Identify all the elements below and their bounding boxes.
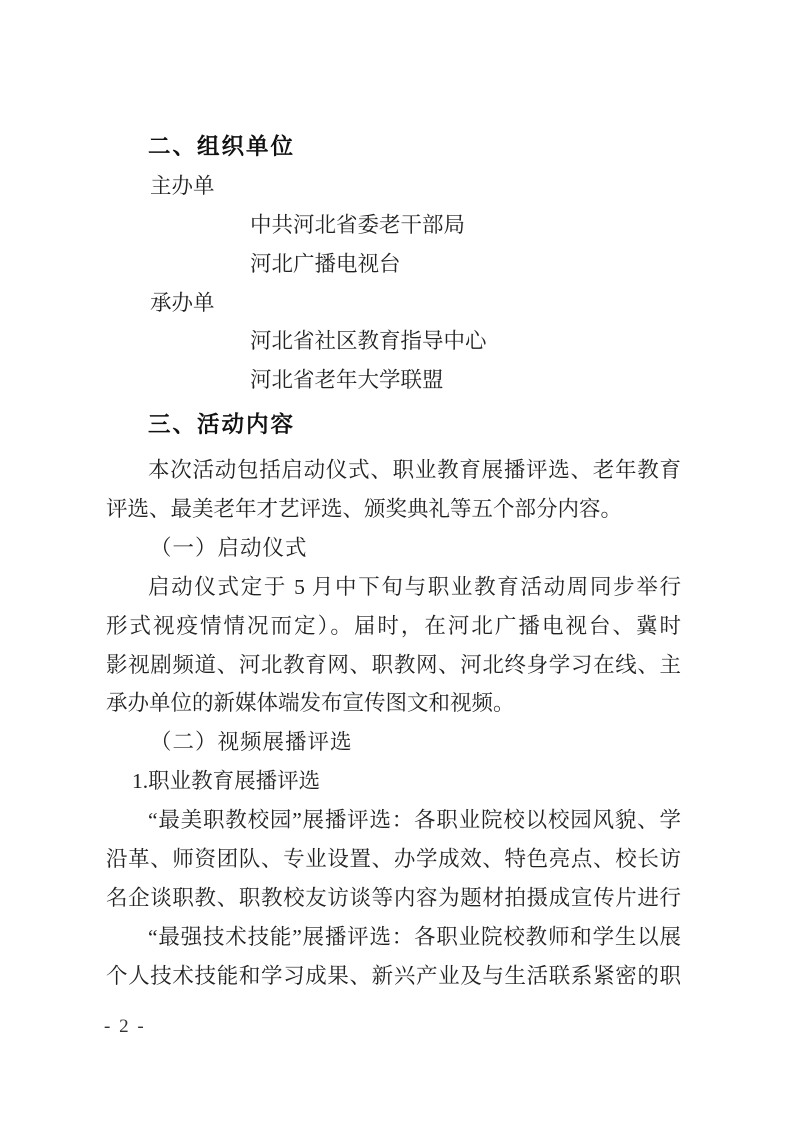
- page-number: - 2 -: [104, 1016, 146, 1038]
- organizer-row: 承办单位：河北广播电视台影视剧频道: [106, 284, 681, 323]
- numbered-item: 1.职业教育展播评选: [106, 762, 681, 801]
- sub-section-heading: （一）启动仪式: [106, 529, 681, 568]
- organizer-continuation: 河北省社区教育指导中心: [106, 322, 681, 361]
- paragraph-line: 沿革、师资团队、专业设置、办学成效、特色亮点、校长访谈、: [106, 840, 681, 879]
- document-content: 二、组织单位主办单位：河北省教育厅中共河北省委老干部局河北广播电视台承办单位：河…: [106, 128, 681, 996]
- paragraph-line: 个人技术技能和学习成果、新兴产业及与生活联系紧密的职业技: [106, 957, 681, 996]
- document-page: 二、组织单位主办单位：河北省教育厅中共河北省委老干部局河北广播电视台承办单位：河…: [0, 0, 794, 1123]
- paragraph-line: 名企谈职教、职教校友访谈等内容为题材拍摄成宣传片进行展播。: [106, 879, 681, 918]
- paragraph-line: 启动仪式定于 5 月中下旬与职业教育活动周同步举行（具体: [106, 568, 681, 607]
- paragraph-line: 评选、最美老年才艺评选、颁奖典礼等五个部分内容。: [106, 490, 681, 529]
- organizer-row: 主办单位：河北省教育厅: [106, 167, 681, 206]
- paragraph-line: 承办单位的新媒体端发布宣传图文和视频。: [106, 684, 681, 723]
- section-heading: 二、组织单位: [106, 128, 681, 167]
- paragraph-line: 形式视疫情情况而定）。届时，在河北广播电视台、冀时 APP、: [106, 607, 681, 646]
- paragraph-line: “最美职教校园”展播评选：各职业院校以校园风貌、学校: [106, 801, 681, 840]
- organizer-label: 承办单位：: [150, 284, 250, 323]
- organizer-label: 主办单位：: [150, 167, 250, 206]
- organizer-continuation: 河北省老年大学联盟: [106, 361, 681, 400]
- organizer-continuation: 中共河北省委老干部局: [106, 206, 681, 245]
- paragraph-line: “最强技术技能”展播评选：各职业院校教师和学生以展示: [106, 918, 681, 957]
- paragraph-line: 本次活动包括启动仪式、职业教育展播评选、老年教育展播: [106, 451, 681, 490]
- sub-section-heading: （二）视频展播评选: [106, 723, 681, 762]
- section-heading: 三、活动内容: [106, 406, 681, 445]
- organizer-continuation: 河北广播电视台: [106, 245, 681, 284]
- paragraph-line: 影视剧频道、河北教育网、职教网、河北终身学习在线、主办和: [106, 646, 681, 685]
